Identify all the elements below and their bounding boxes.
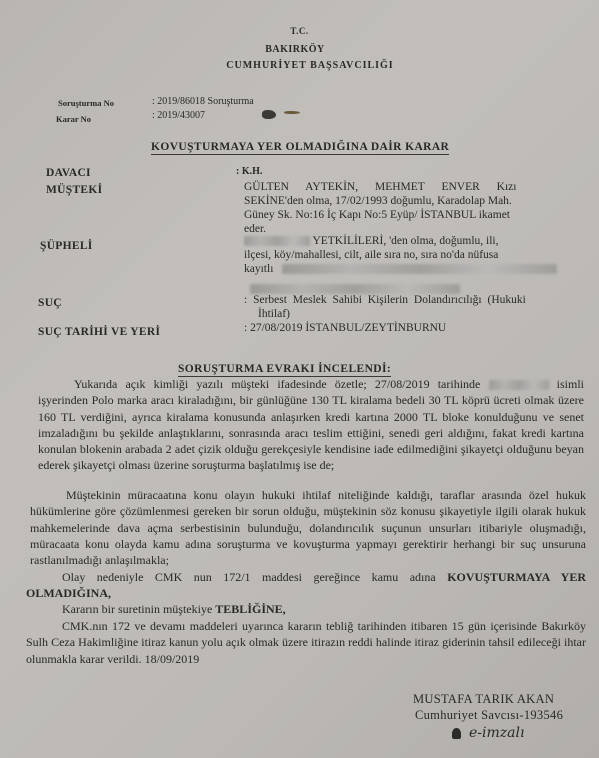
redacted-block [250, 284, 460, 294]
decision-no-value: : 2019/43007 [152, 110, 205, 121]
prosecutor-name: MUSTAFA TARIK AKAN [413, 692, 554, 707]
e-signature-text: e-imzalı [469, 725, 524, 741]
paragraph-4: Kararın bir suretinin müştekiye TEBLİĞİN… [26, 601, 586, 617]
crime-value-line-2: İhtilaf) [258, 308, 290, 320]
seal-icon [452, 728, 461, 739]
header-office: CUMHURİYET BAŞSAVCILIĞI [0, 60, 599, 71]
paragraph-1-start: Yukarıda açık kimliği yazılı müşteki ifa… [74, 377, 480, 391]
header-tc: T.C. [0, 26, 599, 36]
document-title: KOVUŞTURMAYA YER OLMADIĞINA DAİR KARAR [151, 141, 449, 155]
crime-value-line-1: : Serbest Meslek Sahibi Kişilerin Doland… [244, 294, 526, 306]
crime-date-label: SUÇ TARİHİ VE YERİ [38, 326, 160, 338]
paragraph-2: Müştekinin müracaatına konu olayın hukuk… [30, 487, 586, 568]
e-signature: e-imzalı [452, 724, 524, 742]
paragraph-5: CMK.nın 172 ve devamı maddeleri uyarınca… [26, 618, 586, 667]
plaintiff-value: : K.H. [236, 166, 262, 177]
redacted-block [489, 380, 549, 390]
investigation-no-value: : 2019/86018 Soruşturma [152, 96, 254, 107]
complainant-line-1: GÜLTEN AYTEKİN, MEHMET ENVER Kızı [244, 181, 516, 193]
suspect-line-1-wrap: YETKİLİLERİ, 'den olma, doğumlu, ili, [244, 235, 499, 247]
paragraph-3: Olay nedeniyle CMK nun 172/1 maddesi ger… [26, 569, 586, 602]
ink-smudge [284, 111, 300, 114]
crime-label: SUÇ [38, 297, 62, 309]
complainant-label: MÜŞTEKİ [46, 184, 102, 196]
paragraph-3-start: Olay nedeniyle CMK nun 172/1 maddesi ger… [62, 570, 436, 584]
suspect-line-3: kayıtlı [244, 263, 273, 275]
paragraph-1-rest: isimli işyerinden Polo marka aracı kiral… [38, 377, 584, 472]
paragraph-4-notify: TEBLİĞİNE, [215, 602, 285, 616]
header-district: BAKIRKÖY [0, 44, 590, 55]
ink-mark [262, 110, 276, 119]
complainant-line-2: SEKİNE'den olma, 17/02/1993 doğumlu, Kar… [244, 195, 512, 207]
investigation-no-label: Soruşturma No [58, 98, 114, 108]
document-page: T.C. BAKIRKÖY CUMHURİYET BAŞSAVCILIĞI So… [0, 0, 599, 758]
paragraph-4-start: Kararın bir suretinin müştekiye [62, 602, 212, 616]
plaintiff-label: DAVACI [46, 167, 91, 179]
paragraph-1: Yukarıda açık kimliği yazılı müşteki ifa… [38, 376, 584, 474]
redacted-block [244, 236, 310, 246]
decision-no-label: Karar No [56, 114, 91, 124]
suspect-line-1: YETKİLİLERİ, 'den olma, doğumlu, ili, [312, 235, 498, 247]
redacted-block [282, 264, 557, 274]
suspect-line-3-wrap: kayıtlı [244, 263, 557, 275]
complainant-line-3: Güney Sk. No:16 İç Kapı No:5 Eyüp/ İSTAN… [244, 209, 510, 221]
suspect-line-2: ilçesi, köy/mahallesi, cilt, aile sıra n… [244, 249, 498, 261]
complainant-line-4: eder. [244, 223, 266, 235]
suspect-label: ŞÜPHELİ [40, 240, 93, 252]
review-title: SORUŞTURMA EVRAKI İNCELENDİ: [178, 363, 391, 377]
prosecutor-title: Cumhuriyet Savcısı-193546 [415, 708, 563, 723]
crime-date-value: : 27/08/2019 İSTANBUL/ZEYTİNBURNU [244, 322, 446, 334]
